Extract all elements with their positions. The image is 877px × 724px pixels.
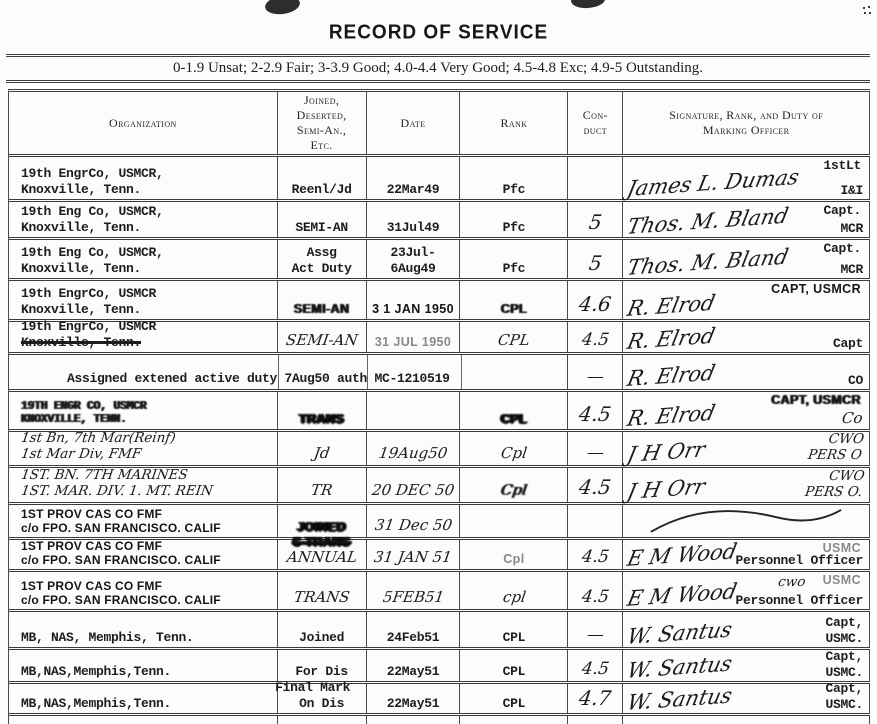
officer-duty-annotation: I&I [840,183,863,198]
cell-text: 1ST PROV CAS CO FMF [21,539,162,553]
cell-text: 19th EngrCo, USMCR [21,286,156,301]
cell-text: 1st Bn, 7th Mar(Reinf) [20,431,177,447]
conduct-cell [568,505,623,537]
cell-text: 31 JUL 1950 [375,335,451,350]
conduct-cell: 4.5 [568,322,623,352]
marking-officer-signature: R. Elrod [625,400,717,431]
cell-text: 4.6 [578,293,613,317]
conduct-cell: — [568,432,623,465]
note-cell: Assigned extened active duty 7Aug50 auth… [9,355,568,389]
signature-cell: E M WoodUSMCPersonnel Officer [623,540,870,569]
rank-cell: CPL [460,650,568,681]
table-row: 19th EngrCo, USMCRKnoxville, Tenn.SEMI-A… [9,281,870,322]
date-cell [367,392,461,429]
officer-duty-annotation: Capt [833,336,863,351]
cell-text: Act Duty [292,261,352,276]
table-bottom-stub [9,716,870,724]
cell-text: SEMI-AN [295,220,348,235]
date-cell: 5FEB51 [367,572,461,609]
rank-cell: CPL [460,281,568,319]
date-cell: 31 JAN 51 [367,540,461,569]
cell-text: 19TH ENGR CO, USMCR [21,400,146,414]
cell-text: 6Aug49 [391,261,436,276]
signature-cell: R. ElrodCO [623,355,870,389]
cell-text: Pfc [503,261,526,276]
officer-duty-annotation: Personnel Officer [735,593,863,608]
cell-text: MB,NAS,Memphis,Tenn. [21,664,171,679]
conduct-cell: — [568,612,623,647]
signature-cell: R. ElrodCapt [623,322,870,352]
cell-text: 23Jul- [391,245,436,260]
organization-cell: 19th EngrCo, USMCRKnoxville, Tenn. [9,281,278,319]
event-cell: SEMI-AN [278,322,367,352]
cell-text: Assg [307,245,337,260]
marking-officer-signature: James L. Dumas [625,165,801,201]
event-cell: TRANS [278,392,367,429]
event-cell: S TRANSANNUAL [278,540,367,569]
date-cell: 22May51 [367,650,461,681]
marking-officer-signature: E M Wood [625,539,739,571]
signature-flourish [631,505,861,535]
cell-text: 19th Eng Co, USMCR, [21,245,164,260]
officer-duty-annotation: Capt, USMC. [825,649,863,680]
cell-text: c/o FPO. SAN FRANCISCO. CALIF [21,593,221,607]
marking-officer-signature: E M Wood [625,579,739,611]
rank-cell: CPL [460,684,568,713]
cell-text: 22May51 [387,664,440,679]
column-header-joined: Joined, Deserted, Semi-An., Etc. [278,92,367,154]
column-header-organization: Organization [9,92,278,154]
cell-text: 4.5 [580,587,610,607]
table-row: 19th EngrCo, USMCRKnoxville, Tenn.SEMI-A… [9,322,870,355]
date-cell: 31 Dec 50 [367,505,461,537]
cell-text: Pfc [503,220,526,235]
signature-cell: R. ElrodCAPT, USMCR [623,281,870,319]
marking-officer-signature: R. Elrod [625,323,717,354]
rank-cell: Cpl [460,468,568,502]
organization-cell: 1ST. BN. 7TH MARINES1ST. MAR. DIV. 1. MT… [9,468,278,502]
hole-punch-mark [570,0,605,9]
table-row: MB, NAS, Memphis, Tenn.Joined24Feb51CPL—… [9,612,870,650]
column-header-date: Date [367,92,461,154]
officer-rank-annotation: USMC [823,573,861,588]
signature-cell: J H OrrCWO PERS O [623,432,870,465]
officer-duty-annotation: Co [841,410,864,428]
rank-cell: cpl [460,572,568,609]
conduct-cell: 4.5 [568,540,623,569]
column-header-rank: Rank [460,92,568,154]
cell-text: 24Feb51 [387,630,440,645]
cell-text: 1ST. MAR. DIV. 1. MT. REIN [20,484,214,500]
cell-text: 4.5 [580,330,610,350]
cell-text: TRANS [299,412,344,427]
table-row: 1st Bn, 7th Mar(Reinf)1st Mar Div, FMFJd… [9,432,870,468]
organization-cell: MB,NAS,Memphis,Tenn. [9,650,278,681]
cell-text: 22May51 [387,696,440,711]
cell-text: On Dis [299,696,344,711]
cell-text: Jd [313,445,331,463]
cell-text: 20 DEC 50 [371,482,456,500]
cell-text: Cpl [500,482,528,500]
cell-text: cpl [501,589,526,607]
cell-text: CPL [503,630,526,645]
organization-cell: 19th EngrCo, USMCRKnoxville, Tenn. [9,322,278,352]
marking-officer-signature: R. Elrod [625,360,717,391]
cell-text: Pfc [503,182,526,197]
column-header-signature: Signature, Rank, and Duty of Marking Off… [623,92,870,154]
cell-text: c/o FPO. SAN FRANCISCO. CALIF [21,553,221,567]
table-row: 19TH ENGR CO, USMCRKNOXVILLE, TENN.TRANS… [9,392,870,432]
rank-cell: CPL [460,612,568,647]
conduct-cell: 4.5 [568,650,623,681]
event-cell: SEMI-AN [278,202,367,237]
cell-text: KNOXVILLE, TENN. [21,413,127,427]
conduct-scale-text: 0-1.9 Unsat; 2-2.9 Fair; 3-3.9 Good; 4.0… [173,60,703,77]
event-cell: SEMI-AN [278,281,367,319]
cell-text: Knoxville, Tenn. [21,302,141,317]
signature-cell: W. SantusCapt, USMC. [623,684,870,713]
rank-cell: Pfc [460,202,568,237]
event-cell: Reenl/Jd [278,157,367,199]
cell-text: 1st Mar Div, FMF [20,447,142,463]
cell-text: CPL [497,332,531,350]
cell-text: 4.5 [578,476,613,500]
marking-officer-signature: J H Orr [625,474,707,504]
cell-text: Knoxville, Tenn. [21,261,141,276]
signature-cell: W. SantusCapt, USMC. [623,612,870,647]
event-cell: Joined [278,612,367,647]
cell-text: 4.5 [578,403,613,427]
date-cell: 3 1 JAN 1950 [367,281,461,319]
officer-duty-annotation: CWO PERS O. [804,469,866,501]
signature-cell: Thos. M. BlandCapt.MCR [623,240,870,278]
hole-punch-mark [264,0,301,16]
marking-officer-signature: J H Orr [625,437,707,467]
officer-duty-annotation: Capt, USMC. [825,615,863,646]
cell-text: 31Jul49 [387,220,440,235]
date-cell: 22Mar49 [367,157,461,199]
table-row: 1ST. BN. 7TH MARINES1ST. MAR. DIV. 1. MT… [9,468,870,505]
event-cell: AssgAct Duty [278,240,367,278]
officer-rank-annotation: CAPT, USMCR [771,282,861,297]
conduct-cell: 4.7 [568,684,623,713]
cell-text: — [585,367,605,387]
date-cell: 31Jul49 [367,202,461,237]
cell-text: MB,NAS,Memphis,Tenn. [21,696,171,711]
cell-text: 19th EngrCo, USMCR [21,319,156,334]
cell-text: CPL [503,664,526,679]
marking-officer-signature: R. Elrod [625,290,717,321]
column-divider [367,355,368,389]
signature-cell: E M WoodUSMCcwoPersonnel Officer [623,572,870,609]
cell-text: 19th EngrCo, USMCR, [21,166,164,181]
organization-cell: 19th EngrCo, USMCR,Knoxville, Tenn. [9,157,278,199]
cell-text: 5 [587,252,603,276]
cell-text: SEMI-AN [285,332,359,350]
column-divider [278,355,279,389]
organization-cell: 1st Bn, 7th Mar(Reinf)1st Mar Div, FMF [9,432,278,465]
cell-text: 31 JAN 51 [373,549,453,567]
organization-cell: 19th Eng Co, USMCR,Knoxville, Tenn. [9,240,278,278]
cell-text: 4.5 [580,659,610,679]
rank-cell: Pfc [460,240,568,278]
organization-cell: 1ST PROV CAS CO FMFc/o FPO. SAN FRANCISC… [9,505,278,537]
organization-cell: 19TH ENGR CO, USMCRKNOXVILLE, TENN. [9,392,278,429]
marking-officer-signature: W. Santus [625,617,734,649]
record-of-service-document: RECORD OF SERVICE 0-1.9 Unsat; 2-2.9 Fai… [0,0,877,724]
table-row: 1ST PROV CAS CO FMFc/o FPO. SAN FRANCISC… [9,572,870,612]
marking-officer-signature: Thos. M. Bland [625,203,791,239]
table-row: MB,NAS,Memphis,Tenn.For Dis22May51CPL4.5… [9,650,870,684]
officer-rank-annotation: Capt. [823,241,861,256]
event-cell: JOINED [278,505,367,537]
officer-duty-annotation: MCR [840,221,863,236]
rank-cell: Pfc [460,157,568,199]
officer-duty-annotation: CO [848,373,863,388]
rank-cell: CPL [460,322,568,352]
cell-text: TR [310,482,334,500]
cell-text: Final Mark [275,680,350,695]
cell-text: CPL [501,302,527,317]
cell-text: 19th Eng Co, USMCR, [21,204,164,219]
cell-text: Reenl/Jd [292,182,352,197]
event-cell: TR [278,468,367,502]
marking-officer-signature: W. Santus [625,683,734,715]
cell-text: — [585,625,605,645]
cell-text: TRANS [293,589,351,607]
marking-officer-signature: Thos. M. Bland [625,244,791,280]
organization-cell: 1ST PROV CAS CO FMFc/o FPO. SAN FRANCISC… [9,540,278,569]
organization-cell: 19th Eng Co, USMCR,Knoxville, Tenn. [9,202,278,237]
signature-cell: R. ElrodCAPT, USMCRCo [623,392,870,429]
column-divider [461,355,462,389]
officer-note-annotation: cwo [777,575,806,591]
cell-text: 1ST PROV CAS CO FMF [21,579,162,593]
signature-cell: J H OrrCWO PERS O. [623,468,870,502]
conduct-cell: 4.6 [568,281,623,319]
signature-cell: Thos. M. BlandCapt.MCR [623,202,870,237]
cell-text: Joined [299,630,344,645]
organization-cell: MB,NAS,Memphis,Tenn. [9,684,278,713]
table-row: 19th Eng Co, USMCR,Knoxville, Tenn.SEMI-… [9,202,870,240]
event-cell: Jd [278,432,367,465]
event-cell: TRANS [278,572,367,609]
event-cell: For Dis [278,650,367,681]
conduct-scale-note: 0-1.9 Unsat; 2-2.9 Fair; 3-3.9 Good; 4.0… [6,54,870,83]
cell-text: c/o FPO. SAN FRANCISCO. CALIF [21,521,221,535]
rank-cell: CPL [460,392,568,429]
cell-text: 19Aug50 [378,445,449,463]
event-cell: Final MarkOn Dis [278,684,367,713]
signature-cell: James L. Dumas1stLtI&I [623,157,870,199]
table-row: 1ST PROV CAS CO FMFc/o FPO. SAN FRANCISC… [9,540,870,572]
cell-text: For Dis [295,664,348,679]
signature-cell [623,505,870,537]
cell-text: 5FEB51 [381,589,445,607]
conduct-cell: 5 [568,202,623,237]
cell-text: 1ST. BN. 7TH MARINES [20,468,189,484]
cell-text: 1ST PROV CAS CO FMF [21,507,162,521]
cell-text: 4.7 [578,687,613,711]
date-cell: 31 JUL 1950 [367,322,461,352]
conduct-cell: 5 [568,240,623,278]
cell-text: CPL [501,412,527,427]
cell-text: Assigned extened active duty 7Aug50 auth… [67,371,450,386]
corner-marks-icon [863,7,865,9]
cell-text: JOINED [297,520,346,535]
rank-cell: Cpl [460,432,568,465]
cell-text: — [585,443,605,463]
officer-rank-annotation: CAPT, USMCR [771,393,861,408]
officer-duty-annotation: CWO PERS O [807,432,865,464]
conduct-cell: 4.5 [568,572,623,609]
date-cell: 20 DEC 50 [367,468,461,502]
organization-cell: MB, NAS, Memphis, Tenn. [9,612,278,647]
cell-text: Knoxville, Tenn. [21,182,141,197]
rank-cell: Cpl [460,540,568,569]
table-row: Assigned extened active duty 7Aug50 auth… [9,355,870,392]
date-cell: 19Aug50 [367,432,461,465]
date-cell: 22May51 [367,684,461,713]
cell-text: 3 1 JAN 1950 [372,302,454,317]
cell-text: ANNUAL [285,549,358,567]
page-title: RECORD OF SERVICE [0,21,877,44]
cell-text: Cpl [500,445,528,463]
officer-duty-annotation: MCR [840,262,863,277]
cell-text: 31 Dec 50 [373,517,453,535]
table-header-row: Organization Joined, Deserted, Semi-An.,… [9,92,870,157]
conduct-cell [568,157,623,199]
service-record-table: Organization Joined, Deserted, Semi-An.,… [8,89,870,724]
table-row: 19th Eng Co, USMCR,Knoxville, Tenn.AssgA… [9,240,870,281]
officer-duty-annotation: Capt, USMC. [825,681,863,712]
table-row: 19th EngrCo, USMCR,Knoxville, Tenn.Reenl… [9,157,870,202]
marking-officer-signature: W. Santus [625,651,734,683]
cell-text: Knoxville, Tenn. [21,220,141,235]
conduct-cell: — [568,355,623,389]
cell-text: Cpl [503,552,524,567]
date-cell: 23Jul-6Aug49 [367,240,461,278]
column-header-conduct: Con- duct [568,92,623,154]
cell-text: 4.5 [580,547,610,567]
cell-text: MB, NAS, Memphis, Tenn. [21,630,194,645]
organization-cell: 1ST PROV CAS CO FMFc/o FPO. SAN FRANCISC… [9,572,278,609]
cell-text: CPL [503,696,526,711]
cell-text: SEMI-AN [294,302,350,317]
cell-text: Knoxville, Tenn. [21,335,141,350]
table-row: 1ST PROV CAS CO FMFc/o FPO. SAN FRANCISC… [9,505,870,540]
officer-rank-annotation: Capt. [823,203,861,218]
officer-duty-annotation: Personnel Officer [735,553,863,568]
date-cell: 24Feb51 [367,612,461,647]
rank-cell [460,505,568,537]
table-row: MB,NAS,Memphis,Tenn.Final MarkOn Dis22Ma… [9,684,870,716]
cell-text: 22Mar49 [387,182,440,197]
signature-cell: W. SantusCapt, USMC. [623,650,870,681]
conduct-cell: 4.5 [568,468,623,502]
officer-rank-annotation: 1stLt [823,158,861,173]
cell-text: 5 [587,211,603,235]
conduct-cell: 4.5 [568,392,623,429]
